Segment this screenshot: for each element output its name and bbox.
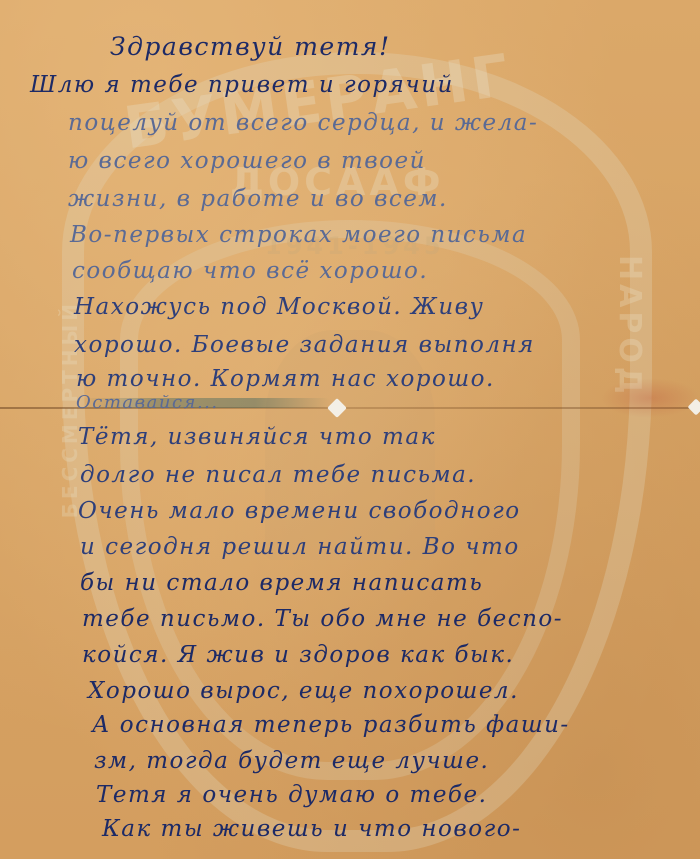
letter-line: жизни, в работе и во всем. [68, 186, 448, 212]
letter-line: сообщаю что всё хорошо. [72, 258, 428, 284]
letter-line: Шлю я тебе привет и горячий [30, 72, 454, 98]
letter-line: зм, тогда будет еще лучше. [94, 748, 489, 774]
letter-line: долго не писал тебе письма. [80, 462, 476, 488]
letter-line: и сегодня решил найти. Во что [80, 534, 520, 560]
letter-line: Во-первых строках моего письма [70, 222, 527, 248]
letter-line: поцелуй от всего сердца, и жела- [68, 110, 538, 136]
letter-text: Здравствуй тетя! Шлю я тебе привет и гор… [0, 0, 700, 859]
letter-line: Нахожусь под Москвой. Живу [74, 294, 484, 320]
letter-line: ю всего хорошего в твоей [68, 148, 426, 174]
letter-line: хорошо. Боевые задания выполня [74, 332, 535, 358]
letter-line: Очень мало времени свободного [78, 498, 521, 524]
letter-line: Оставайся... [76, 392, 219, 413]
letter-line: А основная теперь разбить фаши- [92, 712, 570, 738]
letter-line: Тётя, извиняйся что так [78, 424, 436, 450]
letter-line: ю точно. Кормят нас хорошо. [76, 366, 495, 392]
letter-line: койся. Я жив и здоров как бык. [82, 642, 514, 668]
letter-line: бы ни стало время написать [80, 570, 483, 596]
salutation: Здравствуй тетя! [110, 32, 391, 61]
letter-line: Хорошо вырос, еще похорошел. [88, 678, 519, 704]
letter-page: БУМЕРАНГ ДОСААФ 1941-1945 НАРОД БЕССМЕРТ… [0, 0, 700, 859]
letter-line: Тетя я очень думаю о тебе. [96, 782, 487, 808]
letter-line: Как ты живешь и что нового- [102, 816, 521, 842]
letter-line: тебе письмо. Ты обо мне не беспо- [82, 606, 563, 632]
